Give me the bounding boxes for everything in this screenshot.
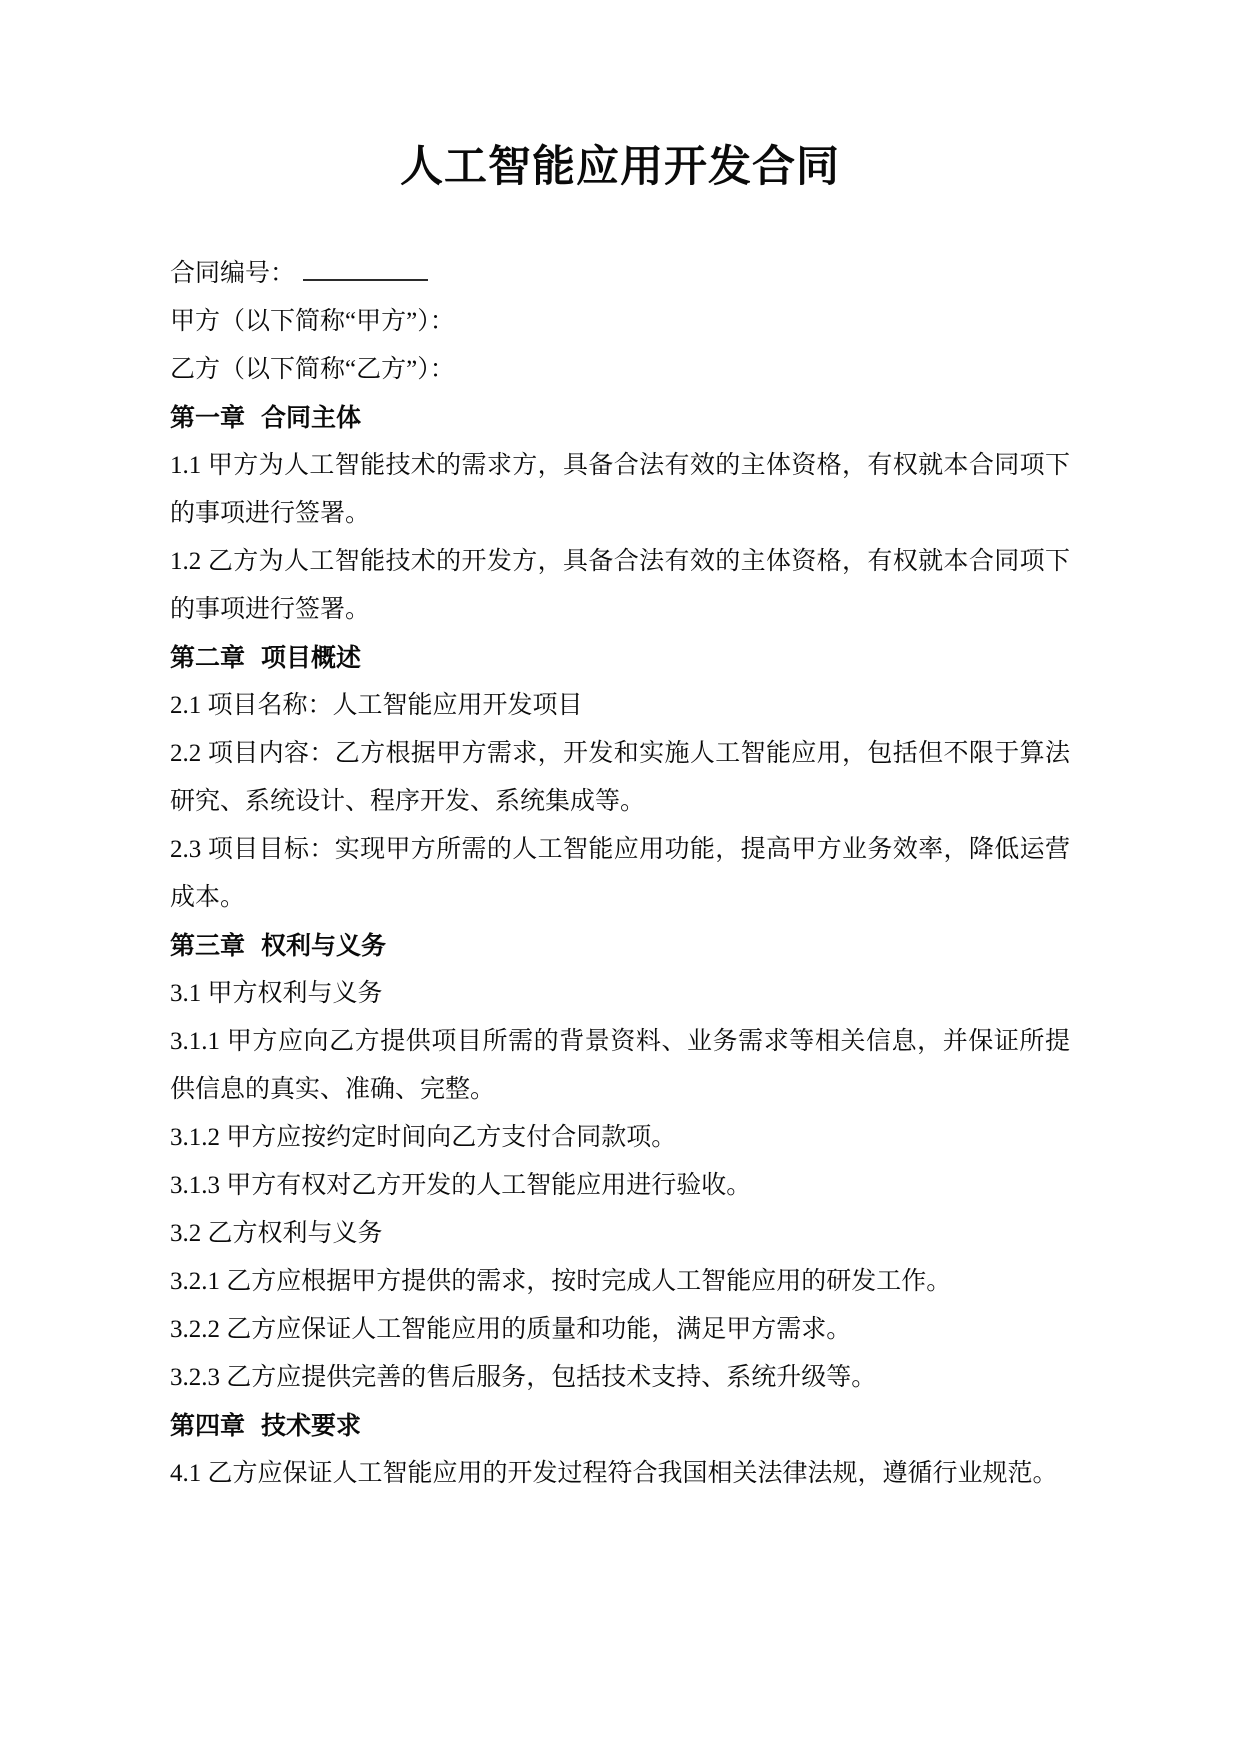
clause-3-2: 3.2 乙方权利与义务 [170,1210,1070,1258]
clause-2-1: 2.1 项目名称：人工智能应用开发项目 [170,682,1070,730]
clause-4-1: 4.1 乙方应保证人工智能应用的开发过程符合我国相关法律法规，遵循行业规范。 [170,1450,1070,1498]
clause-1-2: 1.2 乙方为人工智能技术的开发方，具备合法有效的主体资格，有权就本合同项下的事… [170,538,1070,634]
chapter-1-heading: 第一章 合同主体 [170,394,1070,442]
clause-3-1-3: 3.1.3 甲方有权对乙方开发的人工智能应用进行验收。 [170,1162,1070,1210]
contract-number-label: 合同编号： [170,260,295,287]
chapter-2-heading: 第二章 项目概述 [170,634,1070,682]
chapter-3-heading: 第三章 权利与义务 [170,922,1070,970]
clause-3-2-2: 3.2.2 乙方应保证人工智能应用的质量和功能，满足甲方需求。 [170,1306,1070,1354]
clause-3-1-2: 3.1.2 甲方应按约定时间向乙方支付合同款项。 [170,1114,1070,1162]
party-a-line: 甲方（以下简称“甲方”）： [170,298,1070,346]
party-b-line: 乙方（以下简称“乙方”）： [170,346,1070,394]
clause-3-1: 3.1 甲方权利与义务 [170,970,1070,1018]
chapter-4-heading: 第四章 技术要求 [170,1402,1070,1450]
clause-3-1-1: 3.1.1 甲方应向乙方提供项目所需的背景资料、业务需求等相关信息，并保证所提供… [170,1018,1070,1114]
contract-number-blank [303,253,428,281]
clause-1-1: 1.1 甲方为人工智能技术的需求方，具备合法有效的主体资格，有权就本合同项下的事… [170,442,1070,538]
document-title: 人工智能应用开发合同 [170,142,1070,194]
clause-3-2-3: 3.2.3 乙方应提供完善的售后服务，包括技术支持、系统升级等。 [170,1354,1070,1402]
document-body: 合同编号： 甲方（以下简称“甲方”）： 乙方（以下简称“乙方”）： 第一章 合同… [170,250,1070,1498]
contract-document-page: 人工智能应用开发合同 合同编号： 甲方（以下简称“甲方”）： 乙方（以下简称“乙… [0,0,1240,1753]
clause-3-2-1: 3.2.1 乙方应根据甲方提供的需求，按时完成人工智能应用的研发工作。 [170,1258,1070,1306]
clause-2-2: 2.2 项目内容：乙方根据甲方需求，开发和实施人工智能应用，包括但不限于算法研究… [170,730,1070,826]
clause-2-3: 2.3 项目目标：实现甲方所需的人工智能应用功能，提高甲方业务效率，降低运营成本… [170,826,1070,922]
contract-number-line: 合同编号： [170,250,1070,298]
